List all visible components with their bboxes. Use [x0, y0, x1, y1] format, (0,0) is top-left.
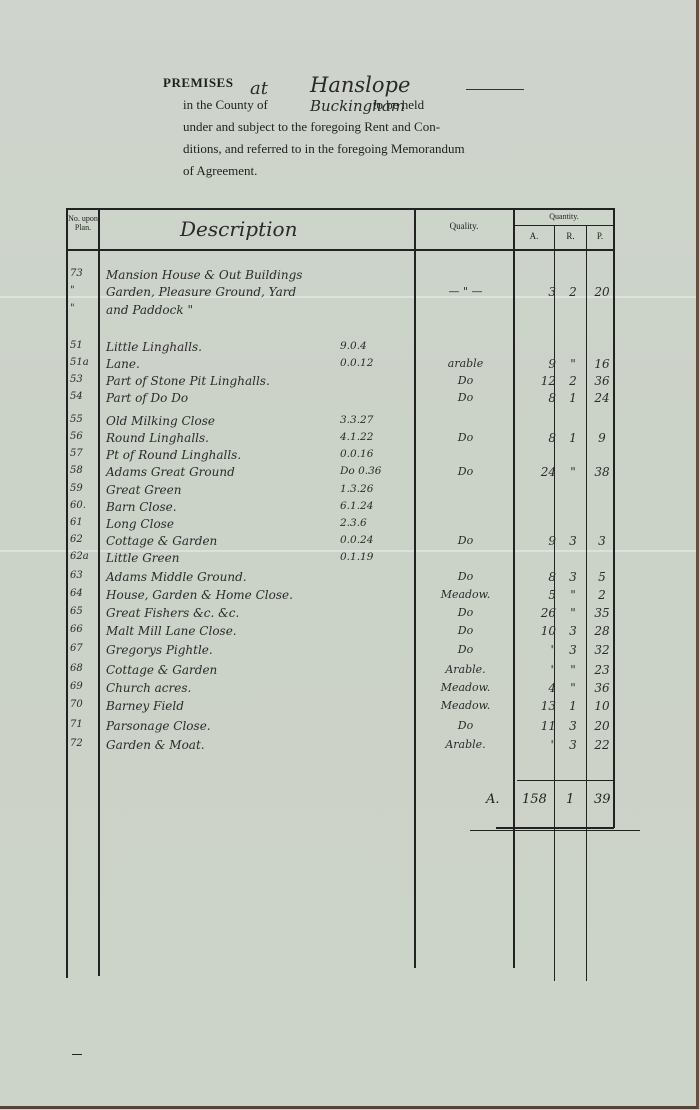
- plan-number: 72: [70, 738, 100, 749]
- perches-cell: 32: [590, 643, 614, 657]
- plan-number: 55: [70, 414, 100, 425]
- description-cell: Part of Stone Pit Linghalls.: [106, 374, 270, 388]
- sub-measure-cell: 2.3.6: [340, 517, 367, 529]
- roods-cell: ": [561, 357, 585, 371]
- col-acres-header: A.: [514, 232, 554, 241]
- perches-cell: 28: [590, 624, 614, 638]
- quality-cell: — " —: [423, 285, 508, 298]
- table-row: 61Long Close2.3.6: [68, 517, 618, 534]
- description-cell: Old Milking Close: [106, 414, 215, 428]
- description-cell: Garden & Moat.: [106, 738, 205, 752]
- table-row: 54Part of Do DoDo8124: [68, 391, 618, 408]
- acres-cell: 8: [518, 570, 556, 584]
- description-cell: Great Green: [106, 483, 181, 497]
- plan-number: 59: [70, 483, 100, 494]
- quality-cell: Do: [423, 624, 508, 637]
- plan-number: ": [70, 303, 100, 314]
- description-cell: Gregorys Pightle.: [106, 643, 213, 657]
- acres-cell: 12: [518, 374, 556, 388]
- table-row: 55Old Milking Close3.3.27: [68, 414, 618, 431]
- perches-cell: 2: [590, 588, 614, 602]
- plan-number: 71: [70, 719, 100, 730]
- roods-cell: ": [561, 663, 585, 677]
- blank-underline: [466, 89, 524, 90]
- sub-measure-cell: 1.3.26: [340, 483, 373, 495]
- description-cell: and Paddock ": [106, 303, 193, 317]
- col-perches-header: P.: [587, 232, 613, 241]
- table-row: 65Great Fishers &c. &c.Do26"35: [68, 606, 618, 623]
- description-cell: House, Garden & Home Close.: [106, 588, 293, 602]
- table-row: 51aLane.0.0.12arable9"16: [68, 357, 618, 374]
- plan-number: 68: [70, 663, 100, 674]
- plan-number: 62a: [70, 551, 100, 562]
- roods-cell: 2: [561, 374, 585, 388]
- roods-cell: 3: [561, 534, 585, 548]
- quality-cell: Do: [423, 534, 508, 547]
- acres-cell: ": [518, 738, 556, 752]
- description-cell: Part of Do Do: [106, 391, 188, 405]
- acres-cell: 8: [518, 391, 556, 405]
- description-cell: Malt Mill Lane Close.: [106, 624, 237, 638]
- table-row: 67Gregorys Pightle.Do"332: [68, 643, 618, 660]
- plan-number: 51a: [70, 357, 100, 368]
- col-roods-header: R.: [555, 232, 586, 241]
- acres-cell: 13: [518, 699, 556, 713]
- perches-cell: 9: [590, 431, 614, 445]
- plan-number: 57: [70, 448, 100, 459]
- heading-line-3: ditions, and referred to in the foregoin…: [163, 138, 533, 160]
- perches-cell: 35: [590, 606, 614, 620]
- total-label: A.: [486, 792, 500, 807]
- premises-label: PREMISES: [163, 75, 233, 90]
- description-cell: Cottage & Garden: [106, 663, 217, 677]
- table-row: 58Adams Great GroundDo 0.36Do24"38: [68, 465, 618, 482]
- perches-cell: 22: [590, 738, 614, 752]
- description-cell: Barn Close.: [106, 500, 177, 514]
- table-row: 66Malt Mill Lane Close.Do10328: [68, 624, 618, 641]
- roods-cell: 3: [561, 624, 585, 638]
- plan-number: 61: [70, 517, 100, 528]
- quality-cell: Do: [423, 606, 508, 619]
- description-cell: Church acres.: [106, 681, 191, 695]
- table-row: 60.Barn Close.6.1.24: [68, 500, 618, 517]
- description-cell: Little Green: [106, 551, 179, 565]
- table-row: 62Cottage & Garden0.0.24Do933: [68, 534, 618, 551]
- roods-cell: ": [561, 681, 585, 695]
- perches-cell: 3: [590, 534, 614, 548]
- plan-number: 69: [70, 681, 100, 692]
- acres-cell: 26: [518, 606, 556, 620]
- description-cell: Long Close: [106, 517, 174, 531]
- roods-cell: 3: [561, 738, 585, 752]
- roods-cell: ": [561, 606, 585, 620]
- description-cell: Adams Great Ground: [106, 465, 235, 479]
- quality-cell: Do: [423, 374, 508, 387]
- roods-cell: 1: [561, 699, 585, 713]
- sub-measure-cell: 0.0.12: [340, 357, 373, 369]
- plan-number: 56: [70, 431, 100, 442]
- plan-number: 65: [70, 606, 100, 617]
- acres-cell: 11: [518, 719, 556, 733]
- quality-cell: Arable.: [423, 738, 508, 751]
- sub-measure-cell: 3.3.27: [340, 414, 373, 426]
- description-cell: Mansion House & Out Buildings: [106, 268, 302, 282]
- quality-cell: Meadow.: [423, 588, 508, 601]
- acres-cell: 3: [518, 285, 556, 299]
- table-row: 70Barney FieldMeadow.13110: [68, 699, 618, 716]
- roods-cell: 3: [561, 719, 585, 733]
- plan-number: 67: [70, 643, 100, 654]
- description-cell: Barney Field: [106, 699, 184, 713]
- col-no-header: No. upon Plan.: [68, 214, 98, 232]
- acres-cell: 9: [518, 534, 556, 548]
- table-row: 64House, Garden & Home Close.Meadow.5"2: [68, 588, 618, 605]
- sub-measure-cell: 0.1.19: [340, 551, 373, 563]
- table-row: 63Adams Middle Ground.Do835: [68, 570, 618, 587]
- perches-cell: 20: [590, 285, 614, 299]
- acres-cell: 4: [518, 681, 556, 695]
- acres-cell: 5: [518, 588, 556, 602]
- plan-number: 70: [70, 699, 100, 710]
- roods-cell: 2: [561, 285, 585, 299]
- quality-cell: arable: [423, 357, 508, 370]
- quality-cell: Do: [423, 570, 508, 583]
- roods-cell: 1: [561, 391, 585, 405]
- total-acres: 158: [522, 792, 547, 807]
- perches-cell: 36: [590, 374, 614, 388]
- heading-line-2: under and subject to the foregoing Rent …: [163, 116, 533, 138]
- plan-number: 63: [70, 570, 100, 581]
- table-row: 62aLittle Green0.1.19: [68, 551, 618, 568]
- sub-measure-cell: 6.1.24: [340, 500, 373, 512]
- table-row: 53Part of Stone Pit Linghalls.Do12236: [68, 374, 618, 391]
- table-row: 68Cottage & GardenArable.""23: [68, 663, 618, 680]
- acres-cell: 9: [518, 357, 556, 371]
- table-row: 72Garden & Moat.Arable."322: [68, 738, 618, 755]
- plan-number: ": [70, 285, 100, 296]
- perches-cell: 20: [590, 719, 614, 733]
- handwritten-place: Hanslope: [310, 73, 410, 97]
- plan-number: 60.: [70, 500, 100, 511]
- handwritten-at: at: [250, 78, 268, 99]
- plan-number: 51: [70, 340, 100, 351]
- total-roods: 1: [566, 792, 574, 807]
- quality-cell: Do: [423, 719, 508, 732]
- roods-cell: ": [561, 465, 585, 479]
- sub-measure-cell: 0.0.24: [340, 534, 373, 546]
- table-row: 59Great Green1.3.26: [68, 483, 618, 500]
- description-cell: Pt of Round Linghalls.: [106, 448, 241, 462]
- roods-cell: 1: [561, 431, 585, 445]
- quality-cell: Do: [423, 643, 508, 656]
- table-row: 69Church acres.Meadow.4"36: [68, 681, 618, 698]
- description-cell: Adams Middle Ground.: [106, 570, 247, 584]
- acres-cell: 10: [518, 624, 556, 638]
- sub-measure-cell: 0.0.16: [340, 448, 373, 460]
- quality-cell: Arable.: [423, 663, 508, 676]
- description-cell: Garden, Pleasure Ground, Yard: [106, 285, 296, 299]
- description-cell: Cottage & Garden: [106, 534, 217, 548]
- plan-number: 64: [70, 588, 100, 599]
- description-cell: Great Fishers &c. &c.: [106, 606, 239, 620]
- sub-measure-cell: 4.1.22: [340, 431, 373, 443]
- acres-cell: 8: [518, 431, 556, 445]
- roods-cell: ": [561, 588, 585, 602]
- perches-cell: 10: [590, 699, 614, 713]
- perches-cell: 38: [590, 465, 614, 479]
- quality-cell: Meadow.: [423, 699, 508, 712]
- description-cell: Round Linghalls.: [106, 431, 209, 445]
- plan-number: 62: [70, 534, 100, 545]
- perches-cell: 5: [590, 570, 614, 584]
- heading-line-4: of Agreement.: [163, 160, 533, 182]
- table-row: 73Mansion House & Out Buildings: [68, 268, 618, 285]
- document-page: PREMISES in the County ofto be held unde…: [0, 0, 699, 1109]
- table-row: 51Little Linghalls.9.0.4: [68, 340, 618, 357]
- total-perches: 39: [594, 792, 611, 807]
- plan-number: 66: [70, 624, 100, 635]
- quality-cell: Do: [423, 391, 508, 404]
- acres-cell: ": [518, 643, 556, 657]
- quality-cell: Do: [423, 431, 508, 444]
- description-cell: Parsonage Close.: [106, 719, 211, 733]
- roods-cell: 3: [561, 643, 585, 657]
- plan-number: 58: [70, 465, 100, 476]
- perches-cell: 16: [590, 357, 614, 371]
- plan-number: 53: [70, 374, 100, 385]
- col-quantity-header: Quantity.: [514, 212, 614, 221]
- sub-measure-cell: Do 0.36: [340, 465, 381, 477]
- plan-number: 73: [70, 268, 100, 279]
- description-cell: Little Linghalls.: [106, 340, 202, 354]
- table-row: 57Pt of Round Linghalls.0.0.16: [68, 448, 618, 465]
- description-cell: Lane.: [106, 357, 140, 371]
- col-quality-header: Quality.: [416, 222, 512, 231]
- quality-cell: Do: [423, 465, 508, 478]
- perches-cell: 23: [590, 663, 614, 677]
- table-row: "and Paddock ": [68, 303, 618, 320]
- quality-cell: Meadow.: [423, 681, 508, 694]
- handwritten-county: Buckingham: [310, 97, 405, 115]
- table-row: 71Parsonage Close.Do11320: [68, 719, 618, 736]
- perches-cell: 24: [590, 391, 614, 405]
- county-prefix: in the County of: [183, 97, 268, 112]
- col-description-header: Description: [180, 217, 297, 241]
- roods-cell: 3: [561, 570, 585, 584]
- acres-cell: 24: [518, 465, 556, 479]
- acres-cell: ": [518, 663, 556, 677]
- perches-cell: 36: [590, 681, 614, 695]
- sub-measure-cell: 9.0.4: [340, 340, 367, 352]
- table-row: "Garden, Pleasure Ground, Yard— " —3220: [68, 285, 618, 302]
- table-row: 56Round Linghalls.4.1.22Do819: [68, 431, 618, 448]
- plan-number: 54: [70, 391, 100, 402]
